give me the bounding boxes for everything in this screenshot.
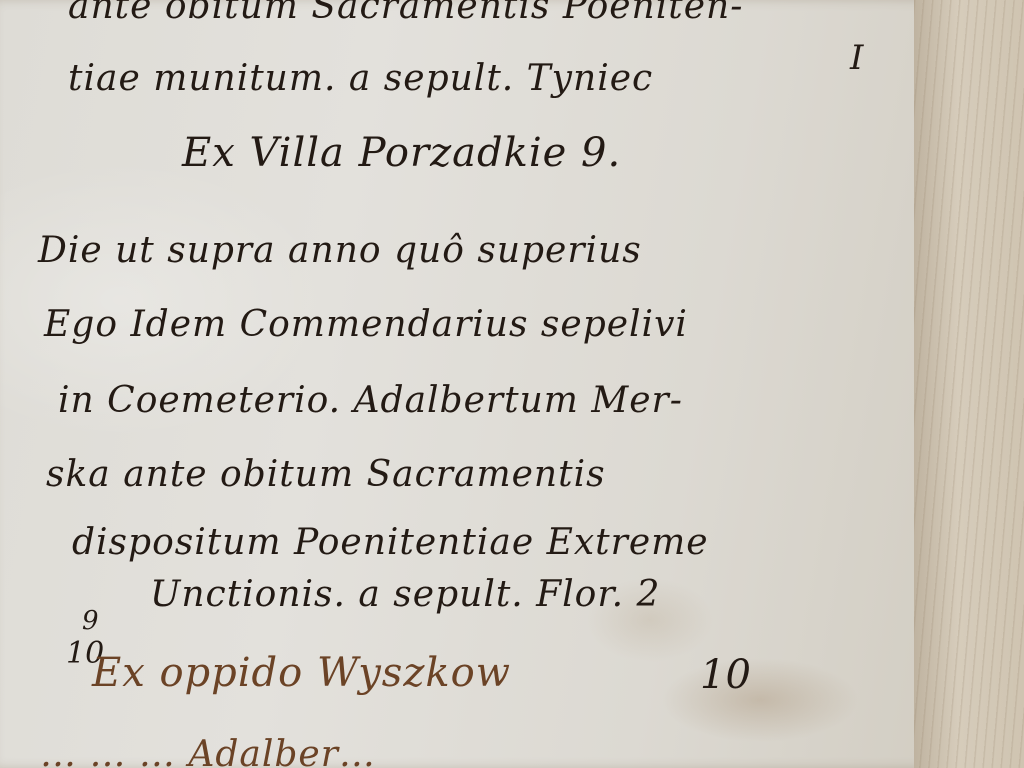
page-stack-edge <box>914 0 1024 768</box>
text-line-4: Die ut supra anno quô superius <box>38 230 642 271</box>
margin-note-9: 9 <box>82 606 99 636</box>
entry-number-10: 10 <box>700 652 751 698</box>
text-line-6: in Coemeterio. Adalbertum Mer- <box>58 380 683 421</box>
manuscript-page: ante obitum Sacramentis Poeniten- tiae m… <box>0 0 955 768</box>
text-line-7: ska ante obitum Sacramentis <box>46 454 606 495</box>
text-line-9: Unctionis. a sepult. Flor. 2 <box>150 574 660 615</box>
text-line-8: dispositum Poenitentiae Extreme <box>72 522 709 563</box>
text-line-1: ante obitum Sacramentis Poeniten- <box>68 0 743 27</box>
text-line-2: tiae munitum. a sepult. Tyniec <box>68 58 653 99</box>
text-line-5: Ego Idem Commendarius sepelivi <box>44 304 688 345</box>
margin-mark-top-right: I <box>850 38 863 78</box>
entry-heading-oppido: Ex oppido Wyszkow <box>92 650 511 696</box>
text-line-partial: … … … Adalber… <box>40 734 376 768</box>
entry-heading-villa: Ex Villa Porzadkie 9. <box>182 130 621 176</box>
